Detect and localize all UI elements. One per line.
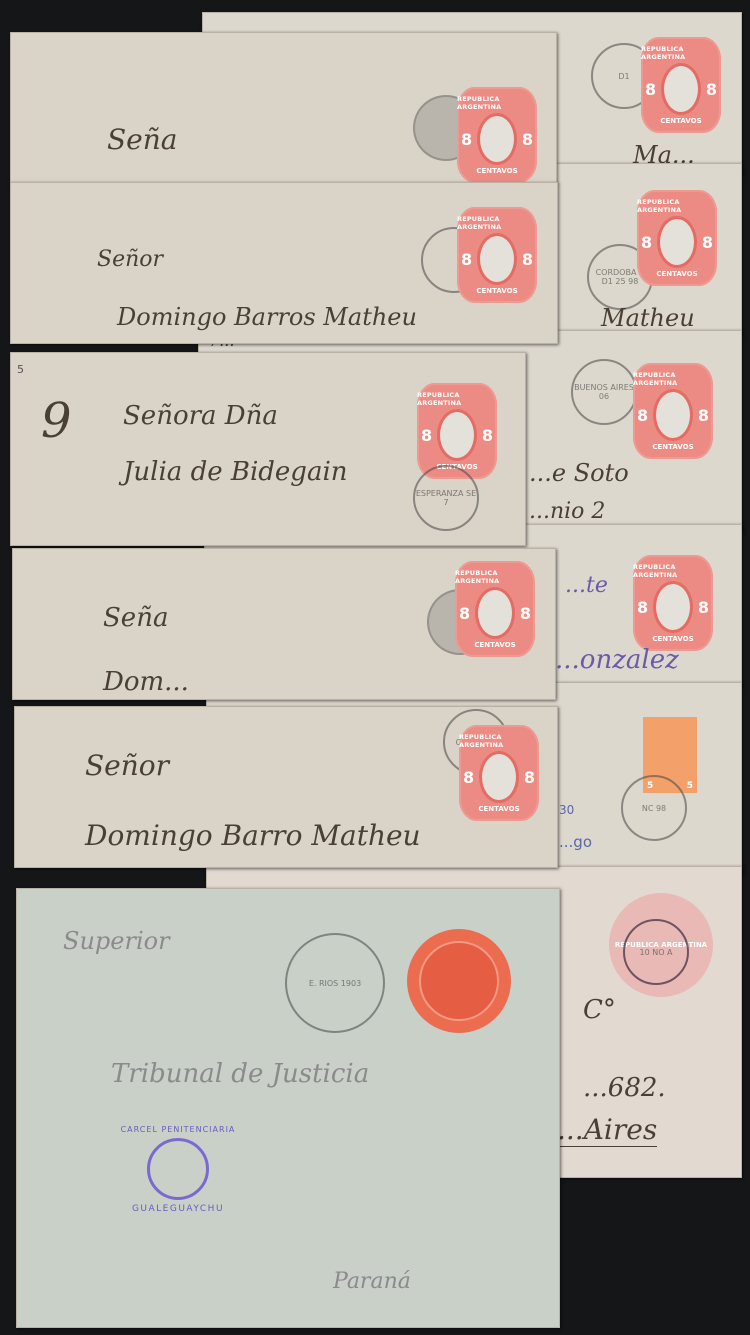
blue-ink-stamp: ...go bbox=[559, 833, 592, 851]
lot-number: 5 bbox=[17, 363, 24, 376]
portrait-icon bbox=[477, 113, 517, 165]
liberty-head-icon bbox=[419, 941, 499, 1021]
address-line: ...682. bbox=[583, 1073, 666, 1103]
address-line: Superior bbox=[63, 927, 170, 955]
postmark: ESPERANZA SE 7 bbox=[413, 465, 479, 531]
stamp-8-centavos: REPUBLICA ARGENTINA 88 CENTAVOS bbox=[641, 37, 721, 133]
address-line: Señora Dña bbox=[123, 401, 278, 431]
address-line: Seña bbox=[103, 603, 168, 633]
address-line: ...Aires bbox=[557, 1113, 657, 1147]
envelope-front-4: REPUBLICA ARGENTINA 88 CENTAVOS Seña Dom… bbox=[12, 548, 556, 700]
envelope-front-5: CORDOBA REPUBLICA ARGENTINA 88 CENTAVOS … bbox=[14, 706, 558, 868]
portrait-icon bbox=[477, 233, 517, 285]
stamp-8-centavos: REPUBLICA ARGENTINA 88 CENTAVOS bbox=[633, 363, 713, 459]
address-line: Seña bbox=[107, 123, 177, 156]
stamp-8-centavos: REPUBLICA ARGENTINA 88 CENTAVOS bbox=[457, 87, 537, 183]
address-line: Julia de Bidegain bbox=[123, 457, 348, 487]
stamp-8-centavos: REPUBLICA ARGENTINA 88 CENTAVOS bbox=[633, 555, 713, 651]
stamp-8-centavos: REPUBLICA ARGENTINA 88 CENTAVOS bbox=[417, 383, 497, 479]
address-line: Tribunal de Justicia bbox=[111, 1059, 369, 1089]
portrait-icon bbox=[653, 389, 693, 441]
address-line: Señor bbox=[97, 247, 163, 272]
address-line: Señor bbox=[85, 749, 169, 782]
stamp-8-centavos: REPUBLICA ARGENTINA 88 CENTAVOS bbox=[457, 207, 537, 303]
portrait-icon bbox=[437, 409, 477, 461]
stamp-8-centavos: REPUBLICA ARGENTINA 88 CENTAVOS bbox=[637, 190, 717, 286]
stamp-8-centavos: REPUBLICA ARGENTINA 88 CENTAVOS bbox=[459, 725, 539, 821]
envelope-front-2: REPUBLICA ARGENTINA 88 CENTAVOS Señor Do… bbox=[10, 182, 558, 344]
postmark: NC 98 bbox=[621, 775, 687, 841]
coat-of-arms-icon bbox=[147, 1138, 209, 1200]
portrait-icon bbox=[479, 751, 519, 803]
address-line: Domingo Barros Matheu bbox=[117, 303, 417, 331]
address-line: Matheu bbox=[601, 304, 695, 332]
address-line: Paraná bbox=[333, 1269, 411, 1294]
envelope-front-6: E. RIOS 1903 Superior Tribunal de Justic… bbox=[16, 888, 560, 1328]
portrait-icon bbox=[657, 216, 697, 268]
address-line: ...te bbox=[565, 573, 608, 598]
address-line: Domingo Barro Matheu bbox=[85, 819, 421, 852]
portrait-icon bbox=[475, 587, 515, 639]
blue-ink-stamp: 30 bbox=[559, 803, 574, 817]
address-line: C° bbox=[583, 995, 616, 1025]
prison-handstamp: CARCEL PENITENCIARIA GUALEGUAYCHU bbox=[113, 1125, 243, 1214]
address-line: ...e Soto bbox=[529, 459, 629, 487]
stamp-5-centavos-liberty-head bbox=[407, 929, 511, 1033]
address-line: ...nio 2 bbox=[529, 499, 605, 524]
address-line: Dom... bbox=[103, 667, 189, 697]
envelope-front-1: REPUBLICA ARGENTINA 88 CENTAVOS Seña bbox=[10, 32, 557, 184]
envelope-front-3: 5 REPUBLICA ARGENTINA 88 CENTAVOS ESPERA… bbox=[10, 352, 526, 546]
portrait-icon bbox=[661, 63, 701, 115]
postmark: E. RIOS 1903 bbox=[285, 933, 385, 1033]
reference-number: 9 bbox=[41, 393, 72, 449]
postmark: BUENOS AIRES 06 bbox=[571, 359, 637, 425]
address-line: ...onzalez bbox=[555, 645, 679, 675]
postmark: 10 NO A bbox=[623, 919, 689, 985]
stamp-8-centavos: REPUBLICA ARGENTINA 88 CENTAVOS bbox=[455, 561, 535, 657]
portrait-icon bbox=[653, 581, 693, 633]
